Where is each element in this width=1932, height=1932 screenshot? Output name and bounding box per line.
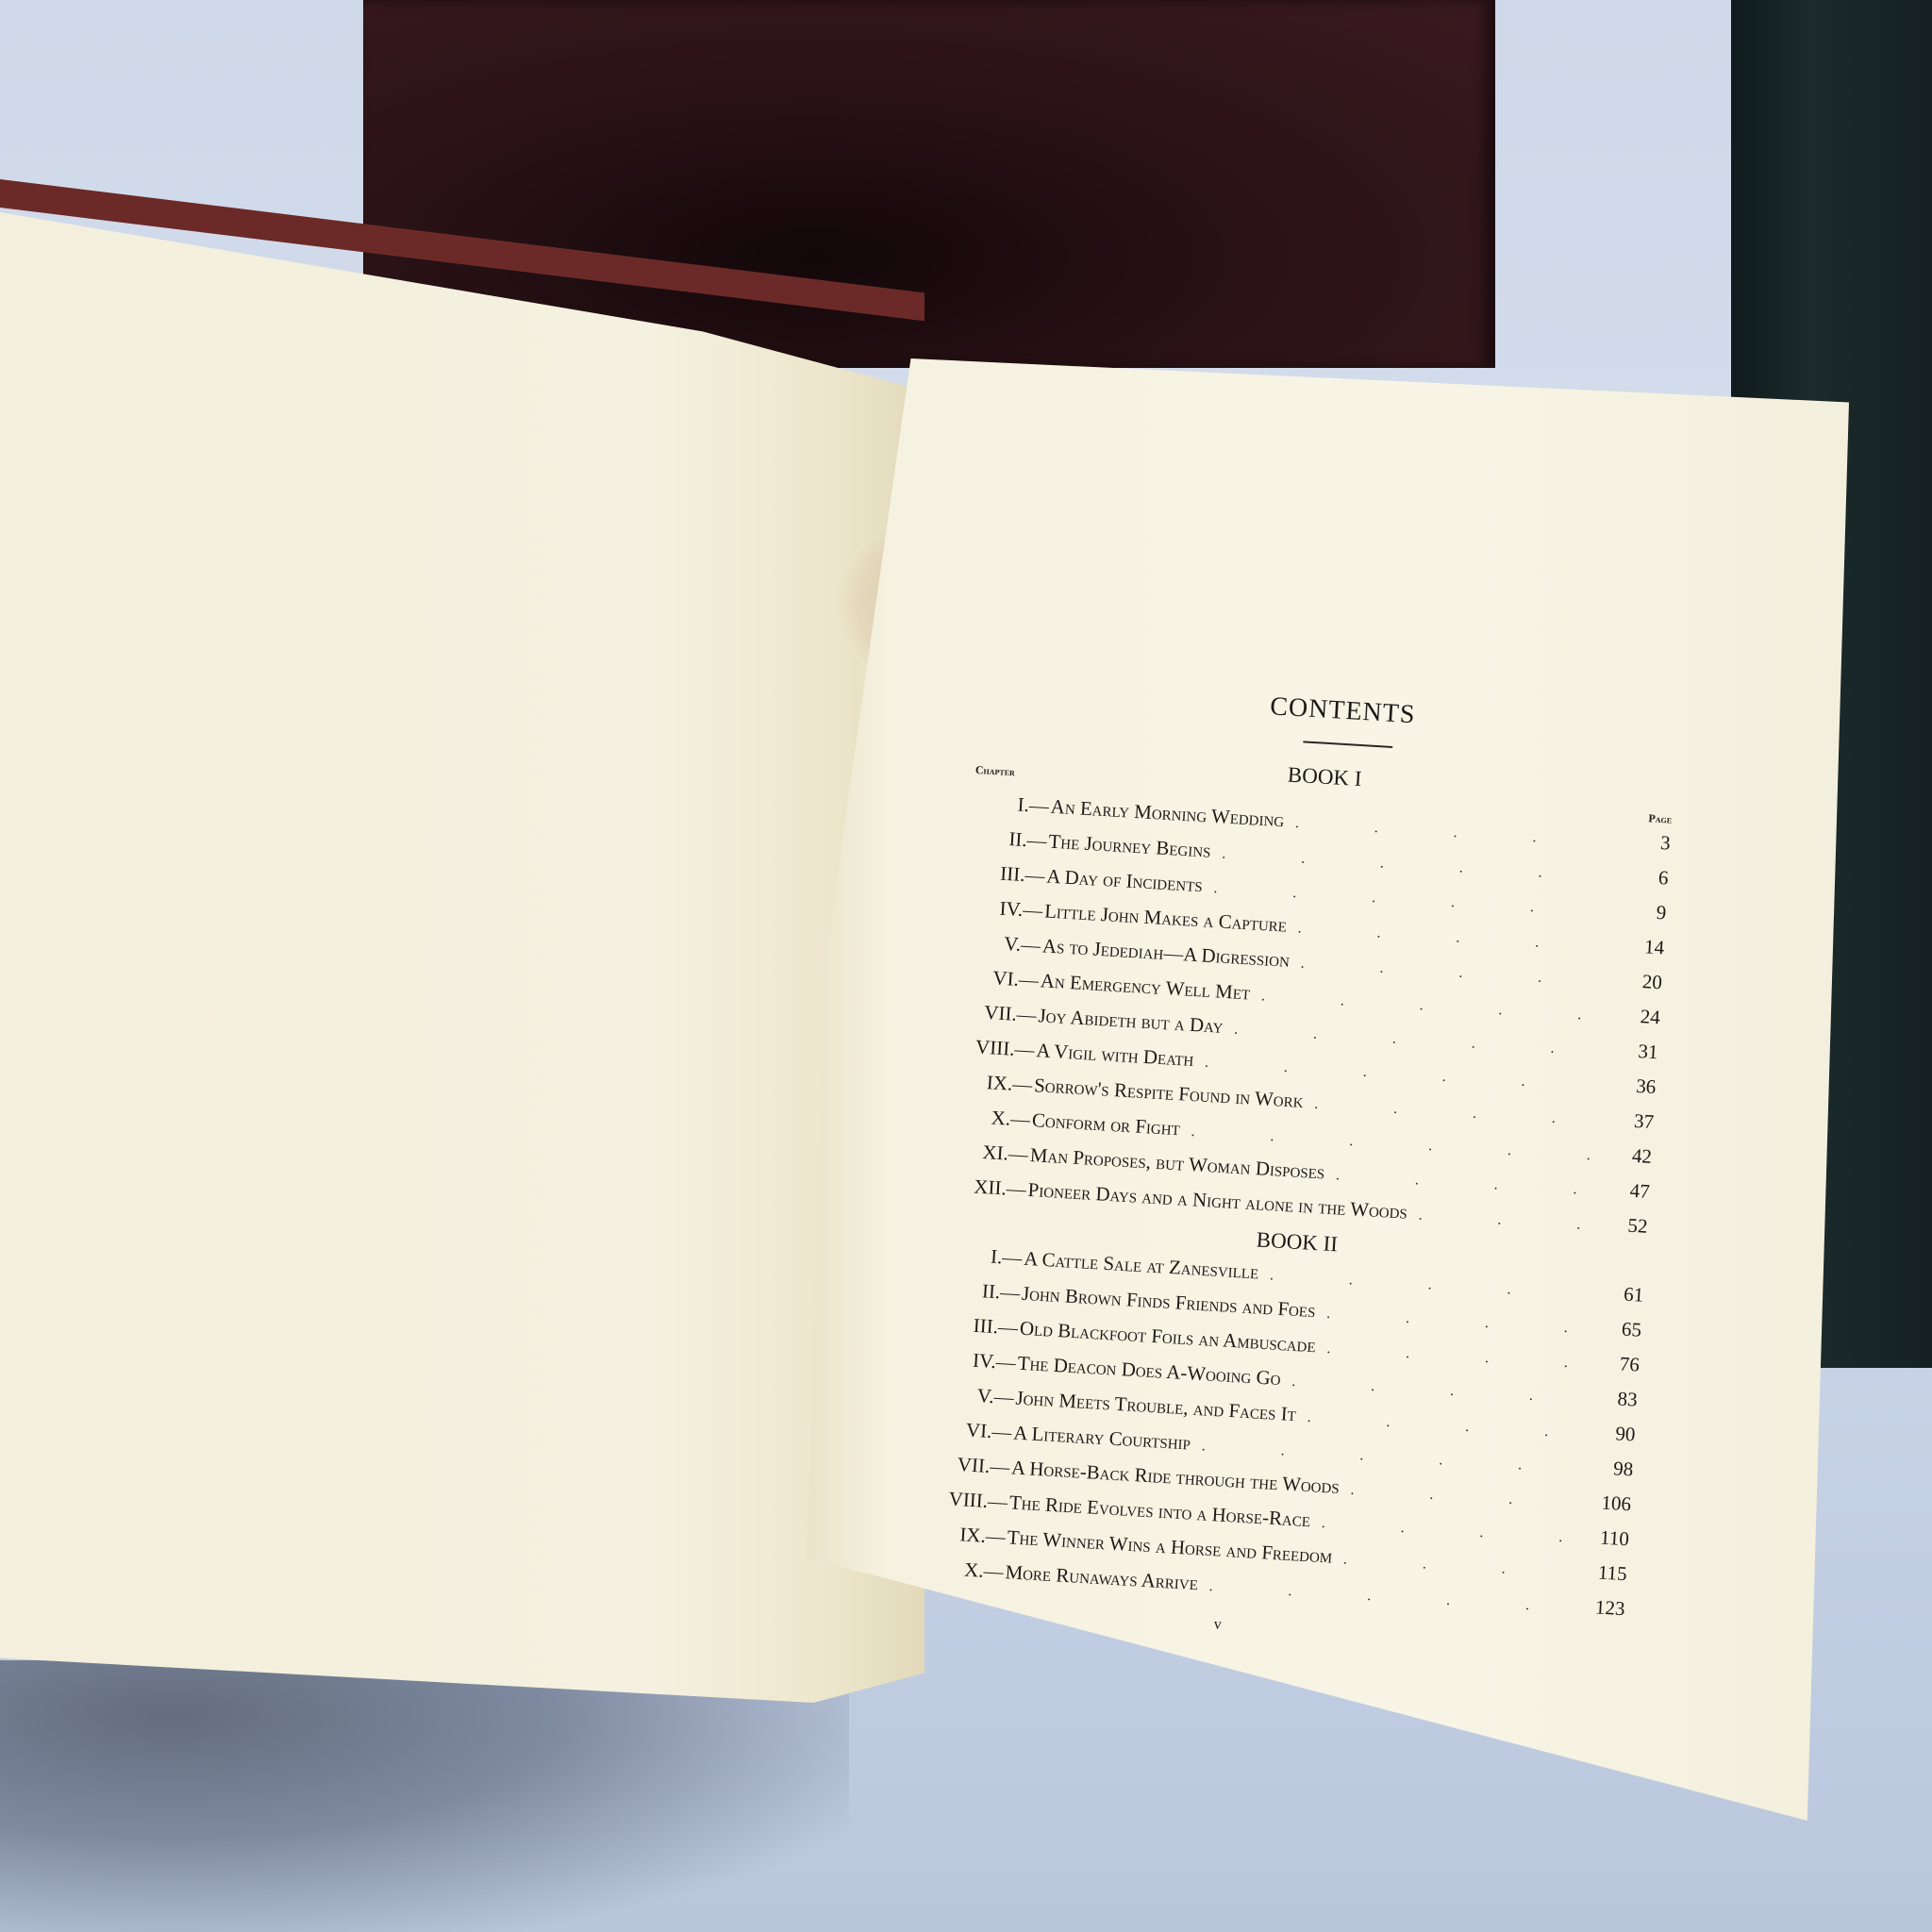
table-of-contents: CONTENTS BOOK I Chapter Page I.—An Early… bbox=[925, 675, 1678, 1657]
chapter-number: III.— bbox=[969, 856, 1046, 892]
chapter-number: I.— bbox=[946, 1238, 1024, 1274]
chapter-number: X.— bbox=[954, 1099, 1031, 1136]
page-number: 110 bbox=[1581, 1520, 1630, 1555]
chapter-number: VIII.— bbox=[958, 1029, 1036, 1066]
book-ii-chapter-list: I.—A Cattle Sale at Zanesville. . . . . … bbox=[927, 1238, 1645, 1627]
page-number: 83 bbox=[1590, 1381, 1639, 1416]
photo-scene: CONTENTS BOOK I Chapter Page I.—An Early… bbox=[0, 0, 1932, 1932]
left-blank-page bbox=[0, 212, 924, 1703]
chapter-number: V.— bbox=[964, 925, 1041, 962]
chapter-number: V.— bbox=[938, 1377, 1015, 1414]
chapter-number: IX.— bbox=[929, 1516, 1007, 1553]
chapter-number: II.— bbox=[943, 1273, 1021, 1309]
page-number: 123 bbox=[1577, 1590, 1626, 1624]
page-number: 3 bbox=[1623, 824, 1672, 859]
page-number: 90 bbox=[1588, 1416, 1637, 1451]
page-number: 42 bbox=[1604, 1138, 1653, 1173]
page-number: 98 bbox=[1585, 1451, 1634, 1486]
chapter-number: II.— bbox=[971, 821, 1048, 858]
page-number: 47 bbox=[1602, 1173, 1651, 1207]
chapter-number: VI.— bbox=[962, 959, 1040, 996]
book-i-chapter-list: I.—An Early Morning Wedding. . . . . . .… bbox=[950, 786, 1672, 1245]
page-number: 6 bbox=[1621, 859, 1670, 894]
chapter-number: VIII.— bbox=[931, 1481, 1008, 1518]
chapter-number: III.— bbox=[941, 1307, 1019, 1344]
dot-leader: . . . . . . . . . . bbox=[1418, 1200, 1591, 1242]
page-number: 20 bbox=[1614, 963, 1663, 998]
chapter-number: IV.— bbox=[940, 1342, 1017, 1379]
chapter-number: XII.— bbox=[950, 1169, 1027, 1206]
chapter-number: XI.— bbox=[952, 1134, 1029, 1171]
page-number: 37 bbox=[1606, 1103, 1655, 1138]
page-number: 76 bbox=[1591, 1346, 1641, 1381]
page-number: 14 bbox=[1616, 929, 1665, 964]
page-number: 115 bbox=[1579, 1555, 1628, 1590]
page-number: 9 bbox=[1618, 894, 1667, 929]
book-shadow bbox=[0, 1660, 849, 1932]
page-number: 52 bbox=[1600, 1207, 1649, 1242]
page-number: 31 bbox=[1610, 1033, 1659, 1068]
chapter-number: VI.— bbox=[936, 1412, 1013, 1449]
page-number: 65 bbox=[1593, 1311, 1642, 1346]
page-number: 61 bbox=[1595, 1276, 1644, 1311]
chapter-number: VII.— bbox=[960, 994, 1038, 1031]
chapter-number: I.— bbox=[973, 786, 1050, 823]
chapter-number: X.— bbox=[927, 1551, 1005, 1588]
page-number: 24 bbox=[1612, 998, 1661, 1033]
chapter-number: IV.— bbox=[966, 891, 1043, 927]
chapter-number: VII.— bbox=[933, 1447, 1010, 1484]
page-number: 36 bbox=[1607, 1068, 1657, 1103]
page-number: 106 bbox=[1583, 1485, 1632, 1520]
chapter-number: IX.— bbox=[956, 1064, 1033, 1101]
title-rule bbox=[1303, 741, 1392, 748]
